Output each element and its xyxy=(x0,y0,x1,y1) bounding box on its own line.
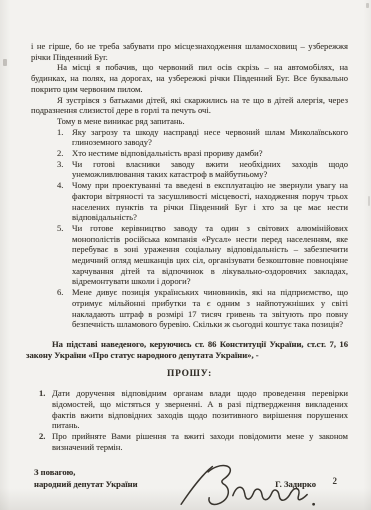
body-paragraphs: і не гірше, бо не треба забувати про міс… xyxy=(31,41,348,127)
question-number: 1. xyxy=(57,127,72,148)
question-text: Чи готові власники заводу вжити необхідн… xyxy=(72,159,348,180)
scan-artifact xyxy=(3,59,7,66)
question-item: 4. Чому при проектуванні та введені в ек… xyxy=(57,180,348,223)
closing-block: З повагою, народний депутат України Г. З… xyxy=(31,467,348,510)
question-number: 4. xyxy=(57,180,72,223)
question-number: 5. xyxy=(57,223,72,287)
document-page: і не гірше, бо не треба забувати про міс… xyxy=(0,0,371,510)
question-text: Яку загрозу та шкоду насправді несе черв… xyxy=(72,127,348,148)
question-text: Мене дивує позиція українських чиновникі… xyxy=(72,287,348,330)
question-text: Чому при проектуванні та введені в експл… xyxy=(72,180,348,223)
questions-list: 1. Яку загрозу та шкоду насправді несе ч… xyxy=(31,127,348,330)
question-number: 6. xyxy=(57,287,72,330)
signatory-name: Г. Задирко xyxy=(275,479,316,490)
question-item: 6. Мене дивує позиція українських чиновн… xyxy=(57,287,348,330)
question-item: 1. Яку загрозу та шкоду насправді несе ч… xyxy=(57,127,348,148)
request-text: Про прийняте Вами рішення та вжиті заход… xyxy=(52,431,348,452)
scan-artifact xyxy=(366,3,369,8)
request-number: 2. xyxy=(39,431,52,452)
request-text: Дати доручення відповідним органам влади… xyxy=(52,388,348,431)
paragraph: Тому в мене виникає ряд запитань. xyxy=(31,116,348,127)
question-text: Хто нестиме відповідальність вразі прори… xyxy=(72,148,348,159)
paragraph: Я зустрівся з батьками дітей, які скаржи… xyxy=(31,95,348,116)
request-item: 1. Дати доручення відповідним органам вл… xyxy=(39,388,348,431)
paragraph: і не гірше, бо не треба забувати про міс… xyxy=(31,41,348,62)
question-item: 2. Хто нестиме відповідальність вразі пр… xyxy=(57,148,348,159)
question-number: 3. xyxy=(57,159,72,180)
closing-role: народний депутат України xyxy=(34,479,138,491)
closing-salutation: З повагою, xyxy=(34,467,138,479)
request-heading: ПРОШУ: xyxy=(31,369,348,380)
closing-salutation-block: З повагою, народний депутат України xyxy=(34,467,138,490)
request-number: 1. xyxy=(39,388,52,431)
page-number: 2 xyxy=(333,476,338,486)
question-text: Чи готове керівництво заводу та один з с… xyxy=(72,223,348,287)
question-item: 5. Чи готове керівництво заводу та один … xyxy=(57,223,348,287)
request-item: 2. Про прийняте Вами рішення та вжиті за… xyxy=(39,431,348,452)
legal-basis: На підставі наведеного, керуючись ст. 86… xyxy=(26,339,348,360)
paragraph: На місці я побачив, що червоний пил осів… xyxy=(31,62,348,94)
scan-artifact xyxy=(368,196,370,206)
requests-list: 1. Дати доручення відповідним органам вл… xyxy=(31,388,348,452)
question-number: 2. xyxy=(57,148,72,159)
question-item: 3. Чи готові власники заводу вжити необх… xyxy=(57,159,348,180)
